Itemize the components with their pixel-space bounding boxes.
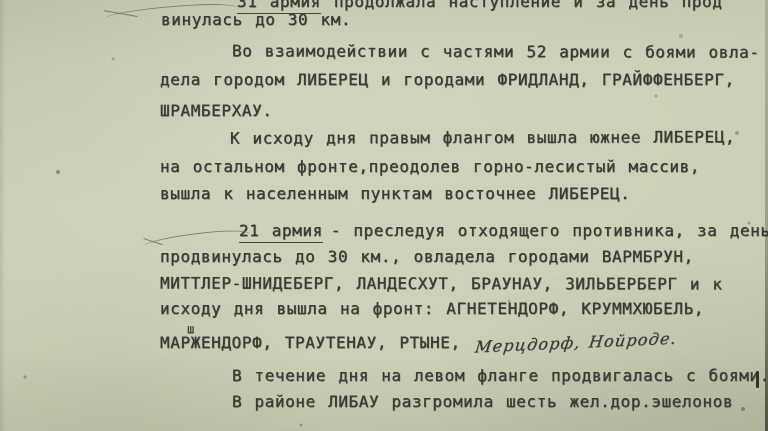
scanned-document-page: 31 армияпродолжала наступление и за день… — [0, 0, 768, 431]
typed-line: В районе ЛИБАУ разгромила шесть жел.дор.… — [232, 392, 733, 412]
typed-line: К исходу дня правым флангом вышла южнее … — [230, 127, 735, 148]
typed-line: вышла к населенным пунктам восточнее ЛИБ… — [160, 184, 630, 204]
typed-line: МИТТЛЕР-ШНИДЕБЕРГ, ЛАНДЕСХУТ, БРАУНАУ, З… — [160, 274, 723, 295]
army-21-designation: 21 армия — [239, 221, 323, 243]
typed-line: ШРАМБЕРХАУ. — [160, 101, 273, 121]
ink-dash-mark — [756, 371, 759, 388]
typed-text: продолжала наступление и за день прод — [334, 0, 723, 11]
typed-line: В течение дня на левом фланге продвигала… — [232, 366, 768, 386]
typed-text: - преследуя отходящего противника, за де… — [331, 221, 768, 240]
pencil-mark — [143, 227, 251, 246]
handwritten-correction-letter: ш — [187, 322, 194, 336]
typed-line: исходу дня вышла на фронт: АГНЕТЕНДОРФ, … — [160, 299, 704, 319]
paper-speckles — [0, 0, 2, 2]
typed-line-with-annotation: МАРЖЕНДОРФ, ТРАУТЕНАУ, РТЫНЕ,Мерцдорф, Н… — [160, 333, 677, 353]
pencil-mark — [103, 10, 138, 24]
typed-line-army21-heading: 21 армия- преследуя отходящего противник… — [239, 221, 768, 243]
typed-line: дела городом ЛИБЕРЕЦ и городами ФРИДЛАНД… — [160, 70, 735, 90]
typed-text: МАРЖЕНДОРФ, ТРАУТЕНАУ, РТЫНЕ, — [160, 333, 461, 352]
handwritten-annotation: Мерцдорф, Нойроде. — [474, 329, 678, 358]
typed-line: винулась до 30 км. — [161, 10, 351, 30]
typed-line: продвинулась до 30 км., овладела городам… — [160, 247, 694, 267]
scan-edge-shadow — [0, 0, 5, 431]
typed-line: Во взаимодействии с частями 52 армии с б… — [232, 41, 760, 62]
typed-line: на остальном фронте,преодолев горно-леси… — [160, 157, 700, 177]
